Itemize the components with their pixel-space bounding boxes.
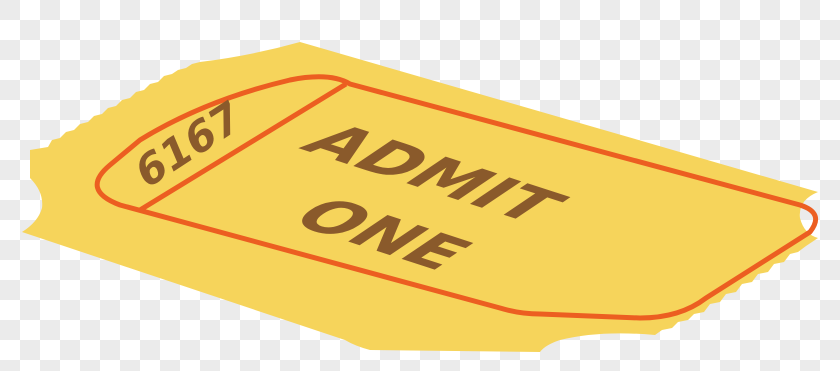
ticket-svg: 6167 ADMIT ONE (0, 0, 840, 371)
ticket-illustration: 6167 ADMIT ONE (0, 0, 840, 371)
